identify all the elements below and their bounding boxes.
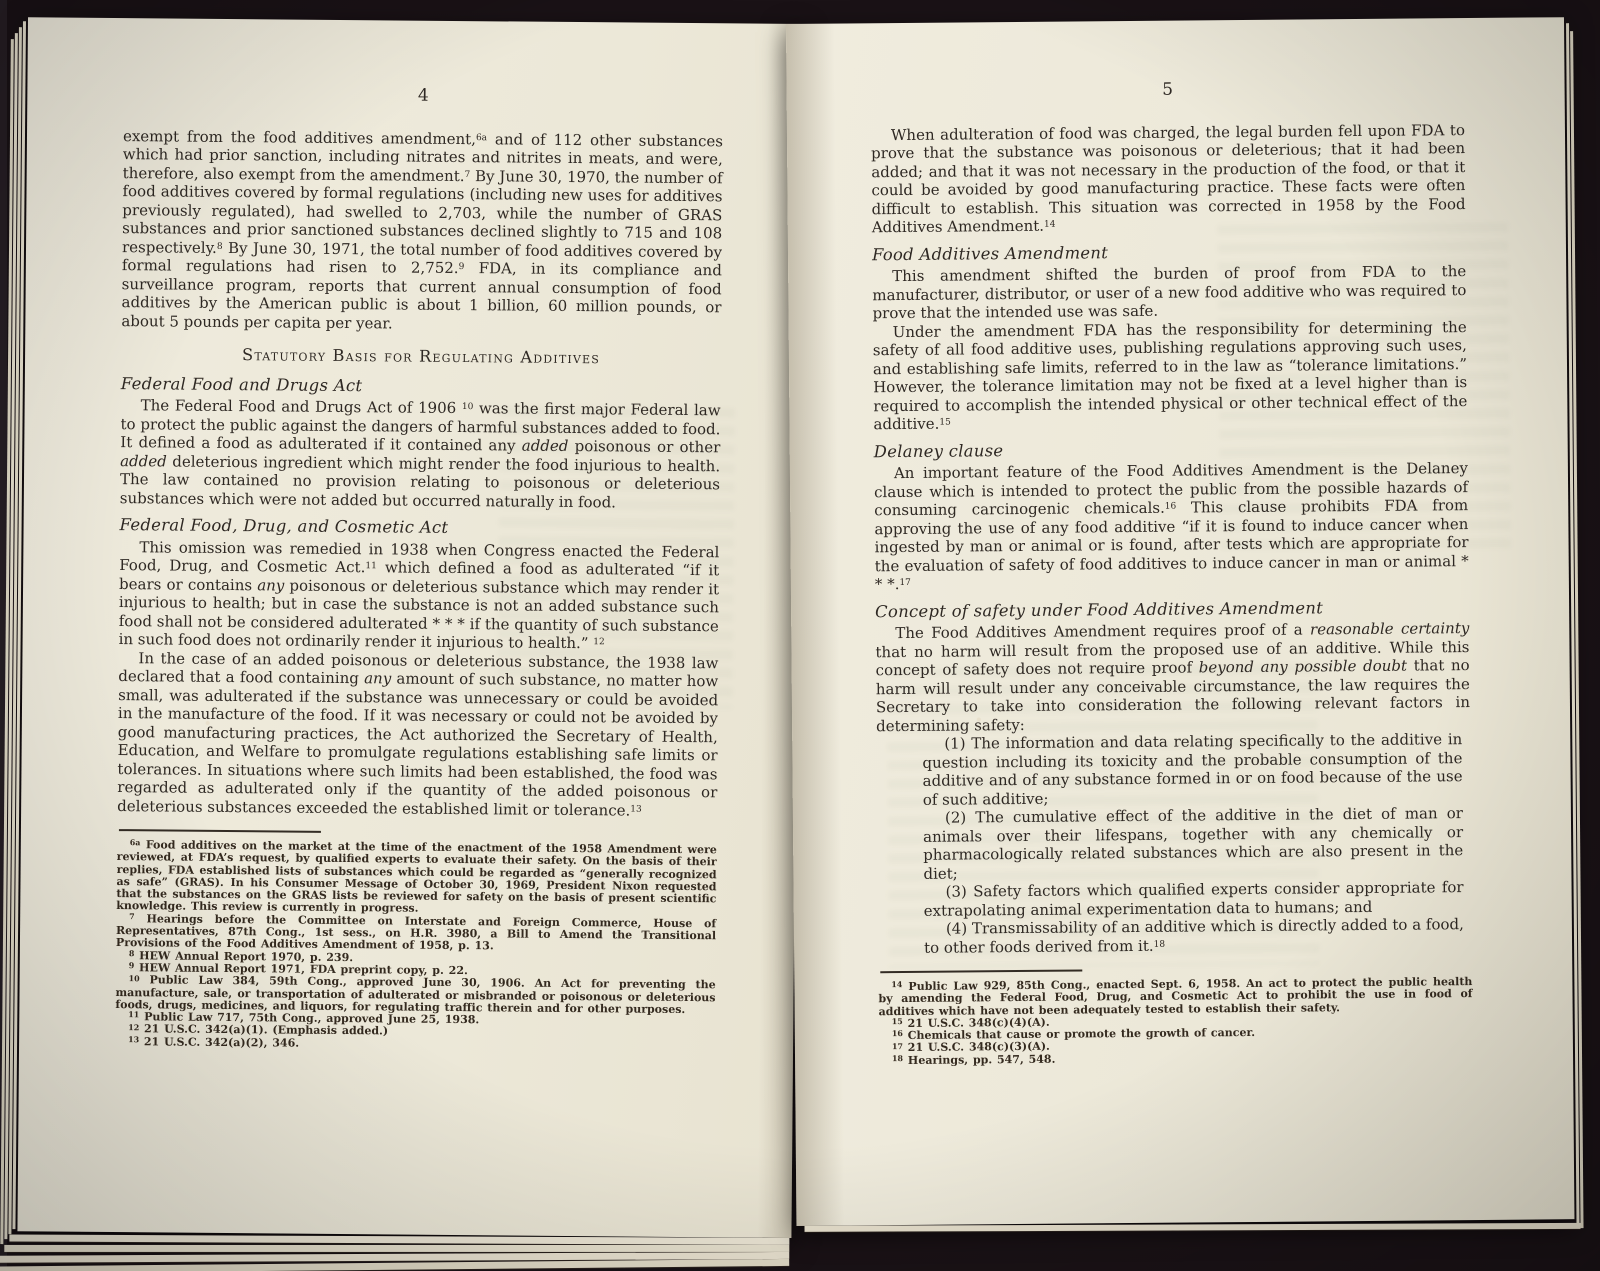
page-content: exempt from the food additives amendment… — [117, 127, 723, 821]
footnote-reference: 13 — [128, 1035, 139, 1044]
footnote-reference: 9 — [459, 262, 465, 272]
footnote-reference: 18 — [892, 1054, 903, 1063]
footnote-reference: 15 — [939, 418, 951, 428]
text-run: This amendment shifted the burden of pro… — [872, 262, 1466, 322]
text-run: any — [364, 669, 391, 687]
subsection-heading: Food Additives Amendment — [872, 241, 1466, 265]
numbered-clause: (3) Safety factors which qualified exper… — [923, 878, 1463, 920]
paragraph: An important feature of the Food Additiv… — [874, 459, 1469, 594]
footnote: 6a Food additives on the market at the t… — [116, 839, 717, 918]
paragraph: The Food Additives Amendment requires pr… — [875, 619, 1470, 735]
numbered-clause: (1) The information and data relating sp… — [922, 730, 1463, 809]
footnote: 14 Public Law 929, 85th Cong., enacted S… — [878, 976, 1472, 1018]
page-right: 5 When adulteration of food was charged,… — [786, 17, 1574, 1226]
footnote-reference: 12 — [593, 637, 605, 647]
subsection-heading: Federal Food and Drugs Act — [121, 375, 721, 399]
footnote-reference: 6a — [130, 838, 141, 847]
page-stack-edge — [805, 1223, 1581, 1232]
text-run: (3) Safety factors which qualified exper… — [924, 878, 1464, 919]
numbered-clause: (4) Transmissability of an additive whic… — [924, 915, 1464, 957]
text-run: reasonable certainty — [1310, 619, 1469, 638]
page-column: 4 exempt from the food additives amendme… — [19, 17, 802, 1054]
footnote-rule — [880, 969, 1082, 973]
text-run: poisonous or other — [568, 437, 720, 456]
text-run: (2) The cumulative effect of the additiv… — [923, 804, 1463, 882]
text-run: exempt from the food additives amendment… — [123, 127, 476, 148]
text-run: Hearings before the Committee on Interst… — [116, 912, 716, 953]
page-number: 5 — [871, 78, 1465, 102]
paragraph: exempt from the food additives amendment… — [121, 127, 723, 336]
footnote-reference: 7 — [129, 912, 135, 921]
footnote-reference: 10 — [129, 974, 140, 983]
footnote-reference: 13 — [630, 804, 642, 814]
text-run: deleterious ingredient which might rende… — [120, 452, 720, 511]
text-run: any — [257, 576, 284, 594]
text-run: amount of such substance, no matter how … — [117, 669, 718, 819]
text-run: Under the amendment FDA has the responsi… — [873, 318, 1468, 434]
page-left: 4 exempt from the food additives amendme… — [17, 17, 802, 1238]
paragraph: The Federal Food and Drugs Act of 1906 1… — [120, 396, 721, 512]
text-run: added — [120, 452, 167, 470]
text-run: When adulteration of food was charged, t… — [871, 121, 1466, 237]
footnote-reference: 17 — [892, 1042, 903, 1051]
text-run: added — [522, 437, 569, 455]
book-photo: 4 exempt from the food additives amendme… — [0, 0, 1600, 1271]
text-run: Food additives on the market at the time… — [116, 838, 717, 915]
footnotes: 6a Food additives on the market at the t… — [115, 839, 717, 1053]
paragraph: In the case of an added poisonous or del… — [117, 649, 718, 821]
footnote-reference: 8 — [129, 949, 135, 958]
footnote-reference: 18 — [1154, 939, 1166, 949]
subsection-heading: Federal Food, Drug, and Cosmetic Act — [120, 516, 720, 540]
page-column: 5 When adulteration of food was charged,… — [786, 17, 1573, 1068]
footnote-reference: 11 — [128, 1011, 139, 1020]
open-book: 4 exempt from the food additives amendme… — [28, 24, 1568, 1254]
text-run: (4) Transmissability of an additive whic… — [924, 915, 1464, 956]
footnote-reference: 16 — [892, 1029, 903, 1038]
subsection-heading: Concept of safety under Food Additives A… — [875, 598, 1469, 622]
footnote-rule — [119, 829, 321, 833]
text-run: Public Law 384, 59th Cong., approved Jun… — [115, 974, 715, 1016]
subsection-heading: Delaney clause — [874, 438, 1468, 462]
page-stack-edge — [4, 1245, 789, 1252]
footnote-reference: 7 — [465, 170, 471, 180]
footnote-reference: 11 — [365, 561, 377, 571]
paragraph: Under the amendment FDA has the responsi… — [873, 318, 1468, 434]
text-run: (1) The information and data relating sp… — [922, 730, 1462, 808]
page-number: 4 — [123, 84, 723, 108]
footnote-reference: 15 — [892, 1017, 903, 1026]
section-heading: Statutory Basis for Regulating Additives — [121, 345, 721, 369]
footnote: 18 Hearings, pp. 547, 548. — [879, 1050, 1473, 1067]
footnote-reference: 14 — [1044, 220, 1056, 230]
footnotes: 14 Public Law 929, 85th Cong., enacted S… — [878, 976, 1473, 1067]
footnote-reference: 16 — [1165, 502, 1177, 512]
page-content: When adulteration of food was charged, t… — [871, 121, 1472, 958]
text-run: 21 U.S.C. 342(a)(2), 346. — [139, 1035, 299, 1049]
page-stack-edge — [9, 1235, 789, 1245]
paragraph: This omission was remedied in 1938 when … — [119, 538, 720, 654]
footnote-reference: 9 — [129, 961, 135, 970]
footnote-reference: 10 — [462, 402, 474, 412]
footnote-reference: 6a — [476, 133, 487, 143]
footnote-reference: 8 — [217, 242, 223, 252]
numbered-clause: (2) The cumulative effect of the additiv… — [923, 804, 1464, 883]
paragraph: This amendment shifted the burden of pro… — [872, 262, 1466, 323]
footnote-reference: 17 — [899, 578, 911, 588]
footnote-reference: 12 — [128, 1023, 139, 1032]
text-run: Public Law 929, 85th Cong., enacted Sept… — [878, 975, 1472, 1018]
text-run: Hearings, pp. 547, 548. — [903, 1052, 1055, 1066]
footnote-reference: 14 — [891, 980, 902, 989]
text-run: beyond any possible doubt — [1199, 657, 1407, 677]
paragraph: When adulteration of food was charged, t… — [871, 121, 1466, 237]
text-run: The Federal Food and Drugs Act of 1906 — [141, 396, 462, 417]
